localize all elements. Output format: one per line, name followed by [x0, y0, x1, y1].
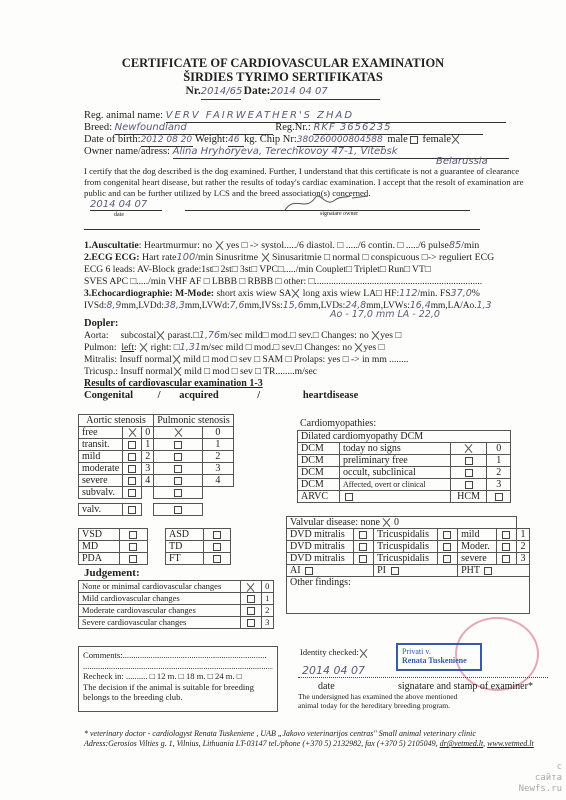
animal-name-label: Reg. animal name: [84, 110, 163, 121]
pulmonic-checkbox[interactable] [174, 477, 182, 485]
footer-line-2: Adress:Gerosios Vilties g. 1, Vilnius, L… [84, 739, 534, 749]
pulmon-text-3: m/sec mild □ mod.□ sev.□ Changes: no [201, 342, 352, 353]
ecg-row-1: 2.ECG ECG: Hart rate100/min Sinusritme S… [84, 252, 494, 264]
severity-label: Moder. [458, 541, 496, 553]
echo-row-1: 3.Echocardiographie: M-Mode: short axis … [84, 288, 480, 300]
chip-label: Chip Nr: [260, 134, 297, 145]
severity-checkbox[interactable] [502, 531, 510, 539]
female-checkbox-checked[interactable] [451, 135, 460, 144]
defect-checkbox[interactable] [129, 543, 137, 551]
female-label: female [422, 134, 451, 145]
doppler-pulmon-row: Pulmon: left: right: □1,31m/sec mild □ m… [84, 342, 384, 354]
aorta-velocity: 1,76 [199, 330, 220, 341]
results-type-row: Congenital / acquired / heartdisease [84, 390, 358, 402]
pulmon-velocity: 1,31 [180, 342, 201, 353]
pht-cell: PHT [458, 565, 530, 577]
severity-label: mild [458, 529, 496, 541]
judgement-row: None or minimal cardiovascular changes0 [79, 581, 274, 593]
dcm-desc: occult, subclinical [340, 467, 451, 479]
pulmon-yes: yes □ [363, 342, 384, 353]
judgement-checkbox[interactable] [247, 607, 255, 615]
auscultation-row: 1.Auscultatie: Heartmurmur: no yes □ -> … [84, 240, 479, 252]
date-value: 2014 04 07 [270, 85, 380, 100]
grade: 4 [202, 475, 233, 487]
aorta-changes-no-checked[interactable] [371, 331, 380, 340]
severity-label: severe [458, 553, 496, 565]
stenosis-label: transit. [79, 439, 123, 451]
sinusritme-checked[interactable] [261, 253, 270, 262]
stenosis-table: Aortic stenosisPulmonic stenosisfree00tr… [78, 414, 234, 516]
doppler-heading-text: Dopler: [84, 318, 118, 329]
footer: * veterinary doctor - cardiologyst Renat… [84, 729, 534, 749]
judgement-label: None or minimal cardiovascular changes [79, 581, 241, 593]
subvalv-aortic-checkbox[interactable] [128, 489, 136, 497]
heartmurmur-no-checked[interactable] [215, 241, 224, 250]
dcm-checkbox[interactable] [465, 481, 473, 489]
aortic-checkbox[interactable] [128, 465, 136, 473]
echo-text-1: short axis wiew SA [216, 288, 291, 299]
doppler-tricusp-row: Tricusp.: Insuff normal mild □ mod □ sev… [84, 366, 317, 378]
decision-line-2: belongs to the breeding club. [83, 692, 273, 703]
slash-2: / [257, 390, 260, 401]
measure-label: LVDd: [138, 301, 164, 311]
slash-1: / [158, 390, 161, 401]
aortic-header: Aortic stenosis [79, 415, 154, 427]
hf-value: 112 [399, 288, 417, 299]
judgement-row: Moderate cardiovascular changes2 [79, 605, 274, 617]
defect-label: ASD [166, 529, 204, 541]
congenital-label: Congenital [84, 390, 133, 401]
watermark: с сайта Newfs.ru [519, 762, 562, 795]
grade: 0 [487, 443, 511, 455]
grade: 3 [261, 617, 273, 629]
grade: 3 [202, 463, 233, 475]
pulse-value: 85 [449, 240, 461, 251]
fs-value: 37,0 [451, 288, 472, 299]
judgement-heading: Judgement: [84, 567, 140, 579]
subvalv-label: subvalv. [79, 487, 123, 499]
judgement-checkbox[interactable] [247, 595, 255, 603]
stenosis-row: mild22 [79, 451, 234, 463]
echo-text-4: % [472, 288, 480, 299]
owner-sign-date: 2014 04 07 [90, 199, 162, 211]
defect-checkbox[interactable] [213, 555, 221, 563]
pulmon-left-checked[interactable] [139, 343, 148, 352]
mmode-label: M-Mode: [175, 288, 214, 299]
pulmon-right: right: □ [151, 342, 180, 353]
cardiomyopathy-table: Dilated cardiomyopathy DCMDCMtoday no si… [297, 430, 511, 503]
ecg-line-1b: Sinusaritmie □ normal □ conspicuous □-> … [272, 252, 494, 263]
stenosis-row: transit.11 [79, 439, 234, 451]
cardiomyopathies-heading: Cardiomyopathies: [300, 418, 376, 429]
tricus-checkbox[interactable] [443, 531, 451, 539]
grade: 1 [142, 439, 154, 451]
judgement-label: Mild cardiovascular changes [79, 593, 241, 605]
hcm-checkbox[interactable] [495, 493, 503, 501]
judgement-row: Mild cardiovascular changes1 [79, 593, 274, 605]
examiner-date-caption: date [318, 681, 335, 692]
arvc-label: ARVC [298, 491, 340, 503]
echo-text-3: /min. FS [417, 288, 450, 299]
doppler-aorta-row: Aorta: subcostal parast.□1,76m/sec mild□… [84, 330, 401, 342]
doppler-mitralis-row: Mitralis: Insuff normal mild □ mod □ sev… [84, 354, 408, 366]
severity-checkbox[interactable] [502, 543, 510, 551]
hcm-label: HCM [450, 491, 487, 503]
mitral-checkbox[interactable] [359, 555, 367, 563]
dcm-desc: Affected, overt or clinical [340, 479, 451, 491]
dcm-row: DCMoccult, subclinical2 [298, 467, 511, 479]
aorta-label: Aorta: [84, 330, 109, 341]
measure-value: 15,6 [283, 300, 304, 311]
tricusp-normal-checked[interactable] [173, 367, 182, 376]
section-divider [84, 229, 480, 230]
nr-value: 2014/65 [201, 85, 241, 100]
measure-value: 8,9 [106, 300, 121, 311]
measure-label: IVSd: [84, 301, 106, 311]
defect-checkbox[interactable] [213, 531, 221, 539]
grade: 2 [142, 451, 154, 463]
hart-rate-label: Hart rate [142, 252, 177, 263]
mitral-label: DVD mitralis [287, 541, 354, 553]
stenosis-row: severe44 [79, 475, 234, 487]
short-axis-checked[interactable] [291, 289, 300, 298]
tricus-label: Tricuspidalis [374, 553, 438, 565]
valvular-heading: Valvular disease: none 0 [287, 517, 517, 529]
valvular-table: Valvular disease: none 0DVD mitralisTric… [286, 516, 530, 614]
judgement-row: Severe cardiovascular changes3 [79, 617, 274, 629]
dcm-row: DCMAffected, overt or clinical3 [298, 479, 511, 491]
valv-pulmonic-checkbox[interactable] [174, 506, 182, 514]
grade: 1 [487, 455, 511, 467]
aorta-parast: parast.□ [168, 330, 199, 341]
tricusp-text-2: mild □ mod □ sev □ TR........m/sec [184, 366, 317, 377]
date-label: Date: [244, 85, 271, 97]
defect-label: TD [166, 541, 204, 553]
dcm-row: DCMtoday no signs0 [298, 443, 511, 455]
footer-line-1: * veterinary doctor - cardiologyst Renat… [84, 729, 534, 739]
judgement-table: None or minimal cardiovascular changes0M… [78, 580, 274, 629]
valvular-row: DVD mitralisTricuspidalissevere3 [287, 553, 530, 565]
tricus-label: Tricuspidalis [374, 541, 438, 553]
defect-label: PDA [79, 553, 120, 565]
certify-line-2: from congenital heart disease, but rathe… [84, 177, 524, 188]
grade: 2 [487, 467, 511, 479]
aortic-checkbox[interactable] [128, 477, 136, 485]
identity-row: Identity checked: [300, 647, 368, 658]
pulmon-left: left [121, 342, 134, 353]
ai-checkbox[interactable] [305, 567, 313, 575]
measure-value: 38,3 [164, 300, 185, 311]
dcm-desc: preliminary free [340, 455, 451, 467]
subvalv-pulmonic-checkbox[interactable] [174, 489, 182, 497]
nr-label: Nr. [186, 85, 201, 97]
examiner-stamp: Privati v. Renata Tuskeniene [396, 643, 482, 671]
other-findings: Other findings: [287, 577, 530, 614]
undersigned-line-1: The undersigned has examined the above m… [298, 692, 457, 701]
dob-label: Date of birth: [84, 134, 141, 145]
ecg-row-2: ECG 6 leads: AV-Block grade:1st□ 2st□ 3s… [84, 264, 431, 276]
tricus-label: Tricuspidalis [374, 529, 438, 541]
aorta-text-3: m/sec mild□ mod.□ sev.□ Changes: no [220, 330, 369, 341]
pi-checkbox[interactable] [391, 567, 399, 575]
pulmon-colon: : [134, 342, 137, 353]
pht-checkbox[interactable] [484, 567, 492, 575]
auscultation-heading: 1.Auscultatie [84, 240, 139, 251]
aortic-checkbox[interactable] [128, 453, 136, 461]
judgement-checkbox[interactable] [247, 619, 255, 627]
owner-signature-caption: signatare owner [320, 211, 358, 217]
dcm-header: Dilated cardiomyopathy DCM [298, 431, 511, 443]
dcm-checkbox[interactable] [465, 457, 473, 465]
identity-checked[interactable] [359, 649, 368, 658]
footer-address: Adress:Gerosios Vilties g. 1, Vilnius, L… [84, 739, 438, 748]
decision-line-1: The decision if the animal is suitable f… [83, 682, 273, 693]
defect-checkbox[interactable] [213, 543, 221, 551]
title-en: CERTIFICATE OF CARDIOVASCULAR EXAMINATIO… [0, 56, 566, 70]
aorta-subcostal: subcostal [121, 330, 157, 341]
examiner-date-value: 2014 04 07 [302, 664, 365, 677]
stenosis-label: free [79, 427, 123, 439]
stenosis-row: moderate33 [79, 463, 234, 475]
owner-label: Owner name/adress: [84, 146, 170, 157]
measure-unit: mm, [185, 301, 202, 311]
auscultation-text: : Heartmurmur: no [139, 240, 212, 251]
valvular-row: DVD mitralisTricuspidalismild1 [287, 529, 530, 541]
male-label: male [387, 134, 407, 145]
ecg-row-3: SVES APC □...../min VHF AF □ LBBB □ RBBB… [84, 276, 482, 288]
pi-cell: PI [374, 565, 458, 577]
ecg-line-1: /min Sinusritme [195, 252, 258, 263]
ai-cell: AI [287, 565, 374, 577]
grade: 2 [202, 451, 233, 463]
mitral-checkbox[interactable] [359, 543, 367, 551]
measure-unit: mm, [121, 301, 138, 311]
ecg-heading: 2.ECG ECG: [84, 252, 140, 263]
echo-extra-note: Ao - 17,0 mm LA - 22,0 [330, 309, 440, 320]
valv-label: valv. [79, 504, 123, 516]
undersigned-line-2: animal today for the hereditary breeding… [298, 701, 457, 710]
pulmon-label: Pulmon: [84, 342, 117, 353]
measure-label: LVWd: [202, 301, 230, 311]
pulmonic-checkbox[interactable] [174, 453, 182, 461]
defect-checkbox[interactable] [129, 555, 137, 563]
judgement-label: Severe cardiovascular changes [79, 617, 241, 629]
defect-label: VSD [79, 529, 120, 541]
identity-label: Identity checked: [300, 647, 359, 657]
severity-checkbox[interactable] [502, 555, 510, 563]
grade: 3 [517, 553, 530, 565]
grade: 1 [517, 529, 530, 541]
comments-line-2: ........................................… [83, 661, 273, 672]
footer-email-link[interactable]: dr@vetmed.lt [440, 739, 484, 748]
pulmonic-checked[interactable] [174, 428, 183, 437]
regnr-label: Reg.Nr.: [275, 122, 311, 133]
dcm-checkbox[interactable] [465, 469, 473, 477]
examiner-sign-line [298, 677, 548, 678]
grade: 0 [202, 427, 233, 439]
pulmonic-checkbox[interactable] [174, 465, 182, 473]
valvular-none-checked[interactable] [382, 518, 391, 527]
auscultation-text-2: yes □ -> systol...../6 diastol. □ ...../… [226, 240, 449, 251]
stenosis-row: free00 [79, 427, 234, 439]
grade: 3 [142, 463, 154, 475]
breed-label: Breed: [84, 122, 112, 133]
tricusp-text-1: Tricusp.: Insuff normal [84, 366, 173, 377]
stenosis-label: mild [79, 451, 123, 463]
dcm-row: DCMpreliminary free1 [298, 455, 511, 467]
male-checkbox[interactable] [410, 136, 418, 144]
comments-box: Comments:...............................… [78, 646, 278, 712]
echo-heading: 3.Echocardiographie: [84, 288, 173, 299]
mitralis-text-1: Mitralis: Insuff normal [84, 354, 172, 365]
valvular-row: DVD mitralisTricuspidalisModer.2 [287, 541, 530, 553]
tricus-checkbox[interactable] [443, 555, 451, 563]
mitralis-text-2: mild □ mod □ sev □ SAM □ Prolaps: yes □ … [183, 354, 408, 365]
weight-label: Weight: [195, 134, 228, 145]
judgement-checked[interactable] [246, 583, 255, 592]
number-date-line: Nr.2014/65 Date:2014 04 07 [0, 84, 566, 100]
measure-unit: mm, [304, 301, 321, 311]
dcm-checked[interactable] [464, 444, 473, 453]
measure-value: 7,6 [230, 300, 245, 311]
watermark-line-2: сайта [519, 773, 562, 784]
undersigned-text: The undersigned has examined the above m… [298, 692, 457, 710]
grade: 2 [517, 541, 530, 553]
watermark-line-1: с [519, 762, 562, 773]
defect-checkbox[interactable] [129, 531, 137, 539]
heartdisease-label: heartdisease [303, 390, 358, 401]
certify-line-1: I certify that the dog described is the … [84, 166, 524, 177]
dcm-desc: today no signs [340, 443, 451, 455]
echo-text-2: long axis wiew LA□ HF: [303, 288, 399, 299]
grade: 3 [487, 479, 511, 491]
grade: 0 [142, 427, 154, 439]
aorta-yes: yes □ [380, 330, 401, 341]
subcostal-checked[interactable] [156, 331, 165, 340]
measure-label: IVSs: [261, 301, 282, 311]
stenosis-label: severe [79, 475, 123, 487]
arvc-checkbox[interactable] [345, 493, 353, 501]
mitral-label: DVD mitralis [287, 529, 354, 541]
valv-aortic-checkbox[interactable] [128, 506, 136, 514]
title-lt: ŠIRDIES TYRIMO SERTIFIKATAS [0, 70, 566, 84]
grade: 2 [261, 605, 273, 617]
stamp-line-2: Renata Tuskeniene [402, 656, 476, 665]
recheck-row: Recheck in: .......... □ 12 m. □ 18 m. □… [83, 671, 273, 682]
examiner-signature-caption: signatare and stamp of examiner* [398, 681, 533, 692]
stenosis-label: moderate [79, 463, 123, 475]
grade: 1 [261, 593, 273, 605]
pulmonic-checkbox[interactable] [174, 441, 182, 449]
defects-table-right: ASDTDFT [165, 528, 231, 565]
dcm-code: DCM [298, 479, 340, 491]
mitral-label: DVD mitralis [287, 553, 354, 565]
comments-label: Comments:...............................… [83, 650, 273, 661]
defect-label: FT [166, 553, 204, 565]
owner-date-caption: date [114, 212, 124, 218]
grade: 4 [142, 475, 154, 487]
pulse-unit: /min [461, 240, 479, 251]
dcm-code: DCM [298, 455, 340, 467]
aortic-checkbox[interactable] [128, 441, 136, 449]
pulmonic-header: Pulmonic stenosis [154, 415, 234, 427]
doppler-heading: Dopler: [84, 318, 118, 330]
dcm-code: DCM [298, 443, 340, 455]
measure-label: LA/Ao. [448, 301, 477, 311]
aortic-checked[interactable] [128, 428, 137, 437]
pulmon-changes-no-checked[interactable] [354, 343, 363, 352]
grade: 0 [261, 581, 273, 593]
defects-table-left: VSDMDPDA [78, 528, 148, 565]
results-heading: Results of cardiovascular examination 1-… [84, 378, 263, 390]
tricus-checkbox[interactable] [443, 543, 451, 551]
footer-website-link[interactable]: www.vetmed.lt [487, 739, 534, 748]
mitral-checkbox[interactable] [359, 531, 367, 539]
measure-value: 1,3 [477, 300, 492, 311]
weight-unit: kg. [244, 134, 257, 145]
stamp-line-1: Privati v. [402, 647, 476, 656]
dcm-code: DCM [298, 467, 340, 479]
judgement-label: Moderate cardiovascular changes [79, 605, 241, 617]
measure-unit: mm, [244, 301, 261, 311]
acquired-label: acquired [179, 390, 218, 401]
defect-label: MD [79, 541, 120, 553]
hart-rate-value: 100 [177, 252, 196, 263]
watermark-line-3: Newfs.ru [519, 784, 562, 795]
mitralis-normal-checked[interactable] [172, 355, 181, 364]
grade: 1 [202, 439, 233, 451]
